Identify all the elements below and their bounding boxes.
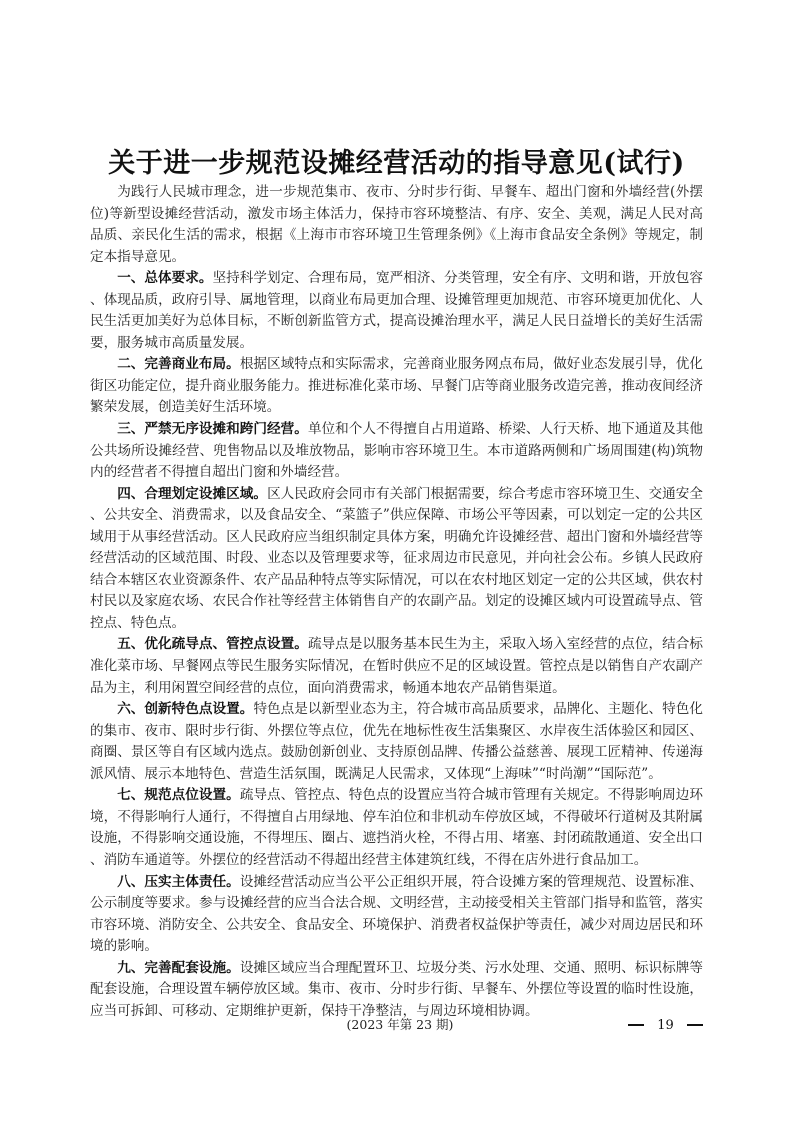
section-heading: 三、严禁无序设摊和跨门经营。 — [117, 421, 308, 437]
page-title: 关于进一步规范设摊经营活动的指导意见(试行) — [90, 144, 703, 184]
page-number: 19 — [657, 1018, 674, 1033]
document-page: 关于进一步规范设摊经营活动的指导意见(试行) 为践行人民城市理念，进一步规范集市… — [0, 0, 793, 1122]
dash-left-icon — [628, 1024, 644, 1027]
section-6: 六、创新特色点设置。特色点是以新型业态为主，符合城市高品质要求，品牌化、主题化、… — [90, 699, 703, 785]
section-7: 七、规范点位设置。疏导点、管控点、特色点的设置应当符合城市管理有关规定。不得影响… — [90, 785, 703, 871]
section-8: 八、压实主体责任。设摊经营活动应当公平公正组织开展，符合设摊方案的管理规范、设置… — [90, 872, 703, 958]
issue-label: (2023 年第 23 期) — [300, 1016, 500, 1034]
section-3: 三、严禁无序设摊和跨门经营。单位和个人不得擅自占用道路、桥梁、人行天桥、地下通道… — [90, 419, 703, 484]
section-heading: 四、合理划定设摊区域。 — [117, 486, 267, 502]
section-9: 九、完善配套设施。设摊区域应当合理配置环卫、垃圾分类、污水处理、交通、照明、标识… — [90, 958, 703, 1023]
section-heading: 二、完善商业布局。 — [117, 356, 240, 372]
dash-right-icon — [687, 1024, 703, 1027]
section-heading: 九、完善配套设施。 — [117, 960, 240, 976]
section-1: 一、总体要求。坚持科学划定、合理布局，宽严相济、分类管理，安全有序、文明和谐，开… — [90, 268, 703, 354]
section-text: 区人民政府会同市有关部门根据需要，综合考虑市容环境卫生、交通安全、公共安全、消费… — [90, 486, 703, 631]
section-heading: 八、压实主体责任。 — [117, 874, 240, 890]
document-body: 为践行人民城市理念，进一步规范集市、夜市、分时步行街、早餐车、超出门窗和外墙经营… — [90, 182, 703, 1022]
page-number-block: 19 — [628, 1016, 703, 1034]
section-2: 二、完善商业布局。根据区域特点和实际需求，完善商业服务网点布局，做好业态发展引导… — [90, 354, 703, 419]
section-heading: 七、规范点位设置。 — [117, 787, 240, 803]
section-4: 四、合理划定设摊区域。区人民政府会同市有关部门根据需要，综合考虑市容环境卫生、交… — [90, 484, 703, 635]
intro-paragraph: 为践行人民城市理念，进一步规范集市、夜市、分时步行街、早餐车、超出门窗和外墙经营… — [90, 182, 703, 268]
section-5: 五、优化疏导点、管控点设置。疏导点是以服务基本民生为主，采取入场入室经营的点位，… — [90, 634, 703, 699]
section-heading: 五、优化疏导点、管控点设置。 — [117, 636, 308, 652]
section-heading: 一、总体要求。 — [117, 270, 212, 286]
section-heading: 六、创新特色点设置。 — [117, 701, 253, 717]
